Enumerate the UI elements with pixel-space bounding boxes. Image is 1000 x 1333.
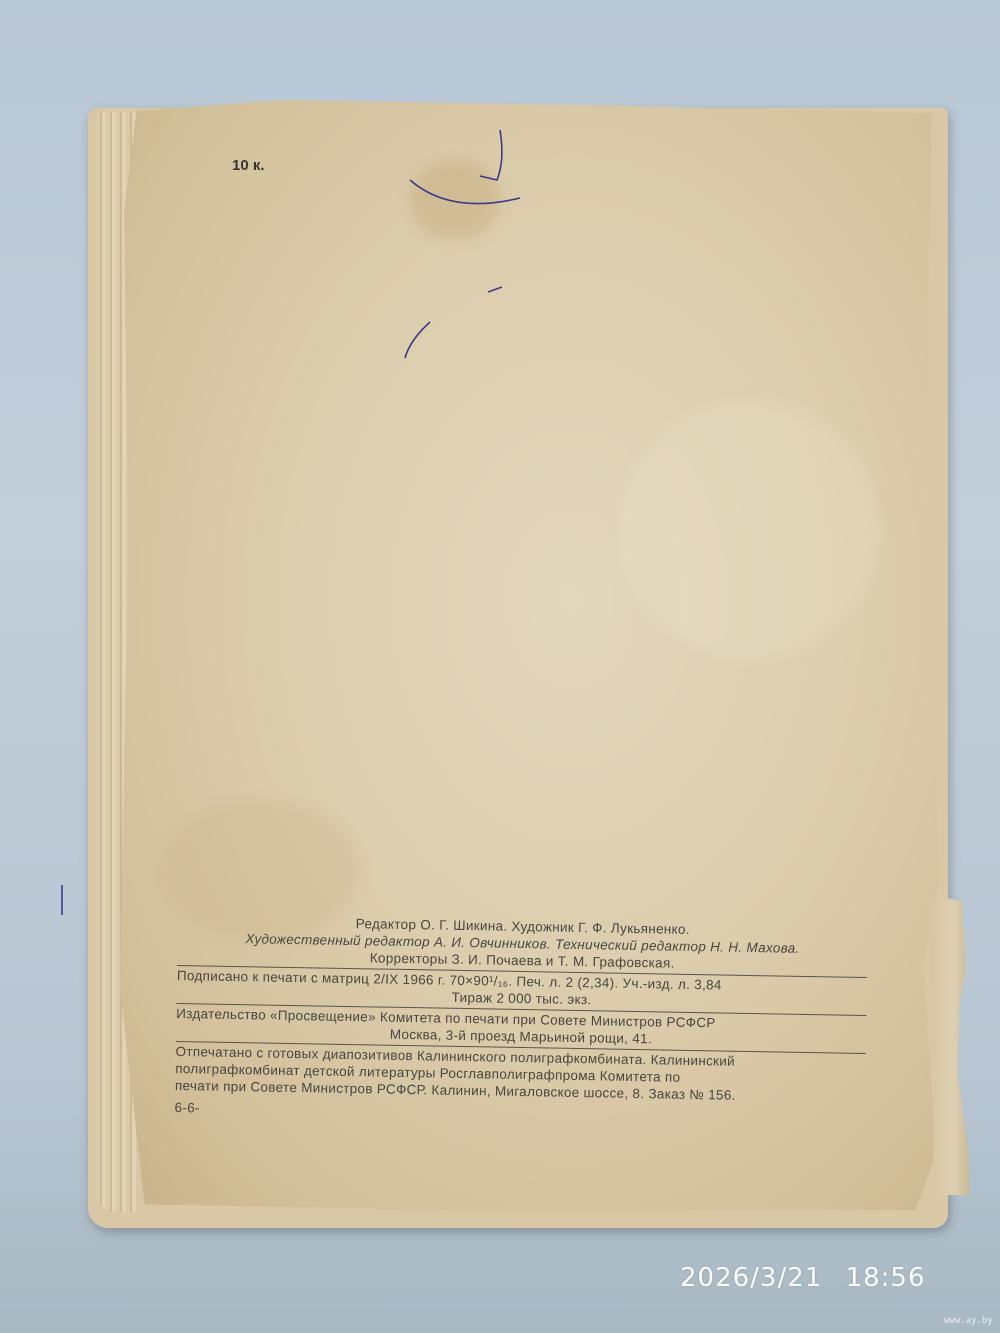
ink-mark bbox=[488, 287, 502, 292]
colophon: Редактор О. Г. Шикина. Художник Г. Ф. Лу… bbox=[174, 912, 867, 1128]
ink-mark bbox=[410, 180, 520, 204]
site-watermark: www.ay.by bbox=[944, 1316, 993, 1326]
pen-marks bbox=[0, 0, 1000, 1333]
ink-mark bbox=[405, 322, 430, 358]
ink-mark bbox=[480, 130, 502, 180]
photo-timestamp: 2026/3/21 18:56 bbox=[680, 1263, 926, 1293]
price-label: 10 к. bbox=[232, 157, 265, 174]
